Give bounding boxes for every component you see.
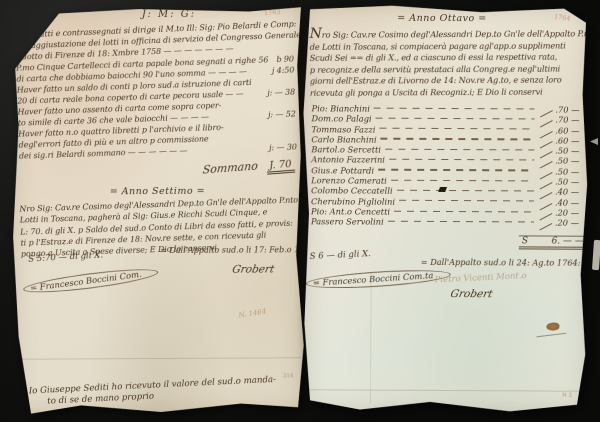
dash-leader	[391, 179, 534, 181]
recipient-name: Cherubino Pigliolini	[311, 196, 395, 207]
anno-ottavo-paragraph: Nro Sig: Cav.re Cosimo degl'Alessandri D…	[310, 27, 588, 99]
dash-leader	[388, 221, 534, 223]
recipient-name: Bartol.o Sercetti	[311, 144, 381, 155]
dash-leader	[399, 200, 534, 202]
appalto-date-line: = Dall'Appalto sud.o li 17: Feb.o 1763	[160, 245, 302, 255]
archive-number: N. 1464	[238, 307, 267, 319]
scudi-symbol: S	[522, 236, 528, 246]
sum-total-value: J. 70	[266, 159, 295, 175]
entry-amount: b 90	[276, 53, 294, 65]
manuscript-line: ricevuta gli ponga a Uscita di Recogniz.…	[310, 86, 588, 99]
fold-crease-vertical	[370, 274, 372, 404]
recipient-amount: .50 —	[555, 177, 579, 187]
commissioner-signature: = Francesco Boccini Com.	[22, 260, 160, 297]
entry-amount: j: — 38	[267, 86, 295, 98]
dash-leader	[379, 128, 534, 130]
recipient-amount: .50 —	[555, 166, 579, 176]
section-heading-anno-ottavo: = Anno Ottavo =	[342, 12, 542, 24]
recipient-amount: .40 —	[555, 197, 579, 207]
clerk-signature: Grobert	[231, 263, 275, 275]
recipient-amount: .20 —	[555, 208, 579, 218]
dash-leader	[376, 117, 535, 119]
recipient-name: Dom.co Palagi	[311, 114, 371, 125]
recipient-name: Tommaso Fazzi	[311, 124, 375, 135]
invocation-header: J: M: G:	[89, 9, 249, 21]
clerk-signature: Grobert	[449, 288, 494, 300]
archivist-year-mark: 1764	[554, 13, 571, 23]
fold-crease	[304, 389, 584, 391]
recipient-name: Gius.e Pottardi	[311, 165, 374, 176]
dash-leader	[385, 148, 534, 150]
appalto-date-line: = Dall'Appalto sud.o li 24: Ag.to 1764:	[421, 257, 589, 268]
left-document: 1763 J: M: G: conti fatti e contrassegna…	[9, 5, 305, 416]
recipient-list: Pio: Bianchini.70 — Dom.co Palagi.70 — T…	[311, 103, 580, 228]
recipient-amount: .60 —	[555, 135, 579, 145]
dash-leader	[374, 107, 535, 109]
section-heading-anno-settimo: = Anno Settimo =	[65, 186, 250, 198]
recipient-amount: .50 —	[555, 156, 579, 166]
fold-crease	[15, 357, 301, 359]
dash-leader	[378, 169, 534, 171]
recipient-name: Passero Servolini	[311, 217, 384, 228]
recipient-amount: .60 —	[555, 125, 579, 135]
dash-leader	[389, 159, 534, 161]
recipient-name: Antonio Fazzerini	[311, 155, 385, 166]
commissioner-name: = Francesco Boccini Com.ta	[305, 267, 450, 291]
recipient-name: Lorenzo Camerati	[311, 175, 387, 186]
recipient-amount: .70 —	[555, 115, 579, 125]
manuscript-line: giorni dell'Estraz.e di Livorno de 14: N…	[310, 75, 588, 88]
recipient-name: Carlo Bianchini	[311, 134, 376, 145]
total-row: S 6. — —	[519, 235, 587, 249]
right-document: 1764 = Anno Ottavo = Nro Sig: Cav.re Cos…	[300, 3, 592, 417]
check-tick	[539, 223, 552, 230]
total-value: 6. — —	[551, 237, 583, 247]
recipient-amount: .40 —	[555, 187, 579, 197]
paper-sliver	[592, 240, 600, 270]
recipient-name: Pio: Bianchini	[312, 103, 370, 114]
recipient-name: Pio: Ant.o Cencetti	[311, 206, 390, 217]
footer-amount-line: S 6 — di gli X.	[310, 249, 371, 262]
dash-leader	[381, 138, 535, 140]
entry-amount: j: — 30	[269, 141, 297, 153]
commissioner-name: = Francesco Boccini Com.	[22, 265, 159, 297]
page-number-mark: N 2	[562, 393, 572, 399]
recipient-amount: .50 —	[555, 146, 579, 156]
recipient-amount: .20 —	[555, 218, 579, 228]
account-entries: P.mo Cinque Cartellecci di carta papale …	[16, 53, 297, 161]
photo-background: 1763 J: M: G: conti fatti e contrassegna…	[0, 0, 600, 422]
dash-leader	[397, 190, 534, 192]
sum-row: Sommano J. 70	[159, 157, 295, 183]
recipient-row: Passero Servolini.20 —	[311, 217, 579, 229]
receipt-note: Io Giuseppe Sediti ho ricevuto il valore…	[29, 373, 305, 408]
dash-leader	[394, 210, 534, 212]
entry-amount: j: — 52	[268, 108, 296, 120]
recipient-name: Colombo Ceccatelli	[311, 186, 393, 197]
wax-stain	[546, 323, 559, 331]
entry-amount: j 4:50	[272, 64, 295, 76]
manuscript-line: Nro Sig: Cav.re Cosimo degl'Alessandri D…	[310, 27, 588, 41]
stain-underline	[536, 333, 566, 337]
archivist-year-mark: 1763	[264, 8, 281, 17]
recipient-amount: .70 —	[555, 105, 579, 115]
sum-flourish-label: Sommano	[202, 159, 258, 176]
